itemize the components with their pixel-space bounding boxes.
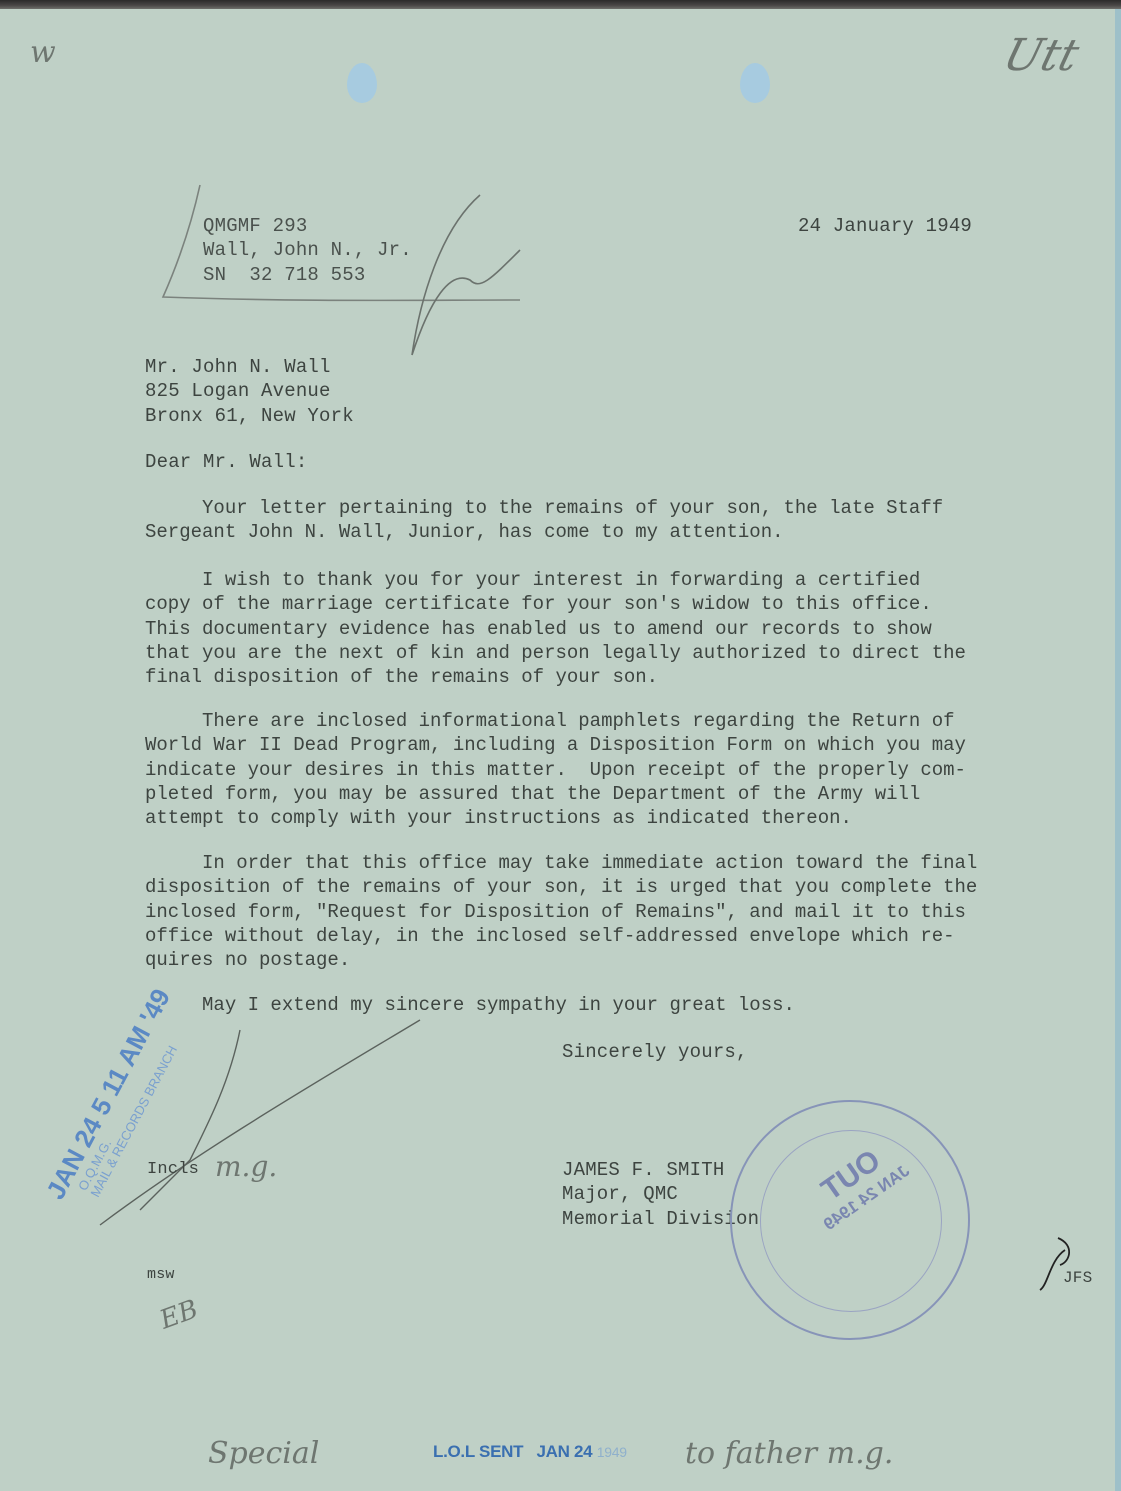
closing: Sincerely yours,: [562, 1040, 748, 1064]
lol-sent-year: 1949: [597, 1444, 627, 1460]
lol-sent-stamp: L.O.L SENT JAN 24 1949: [433, 1442, 627, 1462]
bottom-note-right: to father m.g.: [685, 1436, 893, 1471]
salutation: Dear Mr. Wall:: [145, 450, 307, 474]
body-paragraph-2: I wish to thank you for your interest in…: [145, 568, 966, 689]
signer-rank: Major, QMC: [562, 1183, 678, 1205]
enclosures-label: Incls: [147, 1158, 199, 1182]
recipient-city: Bronx 61, New York: [145, 405, 354, 427]
subject-name: Wall, John N., Jr.: [203, 239, 412, 261]
lol-sent-date: JAN 24: [536, 1442, 592, 1461]
reference-block: QMGMF 293 Wall, John N., Jr. SN 32 718 5…: [203, 214, 412, 287]
body-paragraph-4: In order that this office may take immed…: [145, 851, 977, 972]
body-paragraph-3: There are inclosed informational pamphle…: [145, 709, 966, 830]
bottom-note-left: Special: [208, 1436, 319, 1471]
typist-initials: msw: [147, 1263, 175, 1287]
incls-initials: m.g.: [215, 1150, 277, 1183]
file-code: QMGMF 293: [203, 215, 307, 237]
letter-date: 24 January 1949: [798, 214, 972, 238]
lol-sent-label: L.O.L SENT: [433, 1442, 523, 1461]
body-paragraph-5: May I extend my sincere sympathy in your…: [145, 993, 795, 1017]
service-number: SN 32 718 553: [203, 264, 365, 286]
out-date-stamp: OUT JAN 24 1949: [730, 1100, 970, 1340]
signer-name: JAMES F. SMITH: [562, 1159, 724, 1181]
side-initials: JFS: [1063, 1266, 1092, 1290]
recipient-street: 825 Logan Avenue: [145, 380, 331, 402]
recipient-address: Mr. John N. Wall 825 Logan Avenue Bronx …: [145, 355, 354, 428]
recipient-name: Mr. John N. Wall: [145, 356, 331, 378]
body-paragraph-1: Your letter pertaining to the remains of…: [145, 496, 943, 545]
